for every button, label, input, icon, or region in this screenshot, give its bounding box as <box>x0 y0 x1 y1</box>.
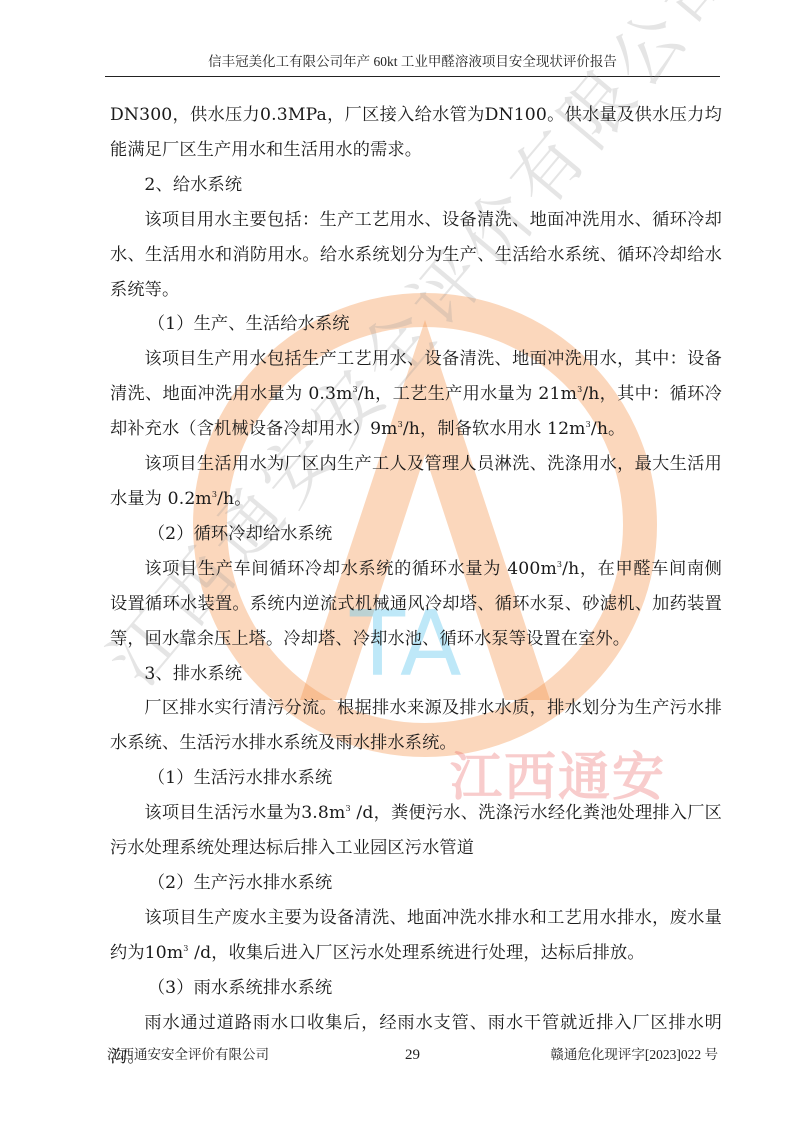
paragraph: 该项目生产用水包括生产工艺用水、设备清洗、地面冲洗用水，其中：设备清洗、地面冲洗… <box>110 342 722 447</box>
paragraph: 该项目生产车间循环冷却水系统的循环水量为 400m3/h，在甲醛车间南侧设置循环… <box>110 552 722 657</box>
paragraph: 该项目生活用水为厂区内生产工人及管理人员淋洗、洗涤用水，最大生活用水量为 0.2… <box>110 447 722 517</box>
subsection-heading-production-domestic-supply: （1）生产、生活给水系统 <box>110 307 722 342</box>
paragraph: 雨水通过道路雨水口收集后，经雨水支管、雨水干管就近排入厂区排水明沟。 <box>110 1006 722 1076</box>
paragraph: 该项目用水主要包括：生产工艺用水、设备清洗、地面冲洗用水、循环冷却水、生活用水和… <box>110 203 722 308</box>
subsection-heading-production-sewage: （2）生产污水排水系统 <box>110 866 722 901</box>
paragraph: 该项目生活污水量为3.8m3 /d，粪便污水、洗涤污水经化粪池处理排入厂区污水处… <box>110 796 722 866</box>
page-header: 信丰冠美化工有限公司年产 60kt 工业甲醛溶液项目安全现状评价报告 <box>105 52 720 77</box>
paragraph: 厂区排水实行清污分流。根据排水来源及排水水质，排水划分为生产污水排水系统、生活污… <box>110 691 722 761</box>
report-title: 信丰冠美化工有限公司年产 60kt 工业甲醛溶液项目安全现状评价报告 <box>208 54 617 69</box>
paragraph: 该项目生产废水主要为设备清洗、地面冲洗水排水和工艺用水排水，废水量约为10m3 … <box>110 901 722 971</box>
paragraph: DN300，供水压力0.3MPa，厂区接入给水管为DN100。供水量及供水压力均… <box>110 98 722 168</box>
section-heading-drainage: 3、排水系统 <box>110 657 722 692</box>
section-heading-water-supply: 2、给水系统 <box>110 168 722 203</box>
subsection-heading-cooling-supply: （2）循环冷却给水系统 <box>110 517 722 552</box>
subsection-heading-domestic-sewage: （1）生活污水排水系统 <box>110 761 722 796</box>
subsection-heading-rainwater: （3）雨水系统排水系统 <box>110 971 722 1006</box>
document-body: DN300，供水压力0.3MPa，厂区接入给水管为DN100。供水量及供水压力均… <box>110 98 722 1075</box>
